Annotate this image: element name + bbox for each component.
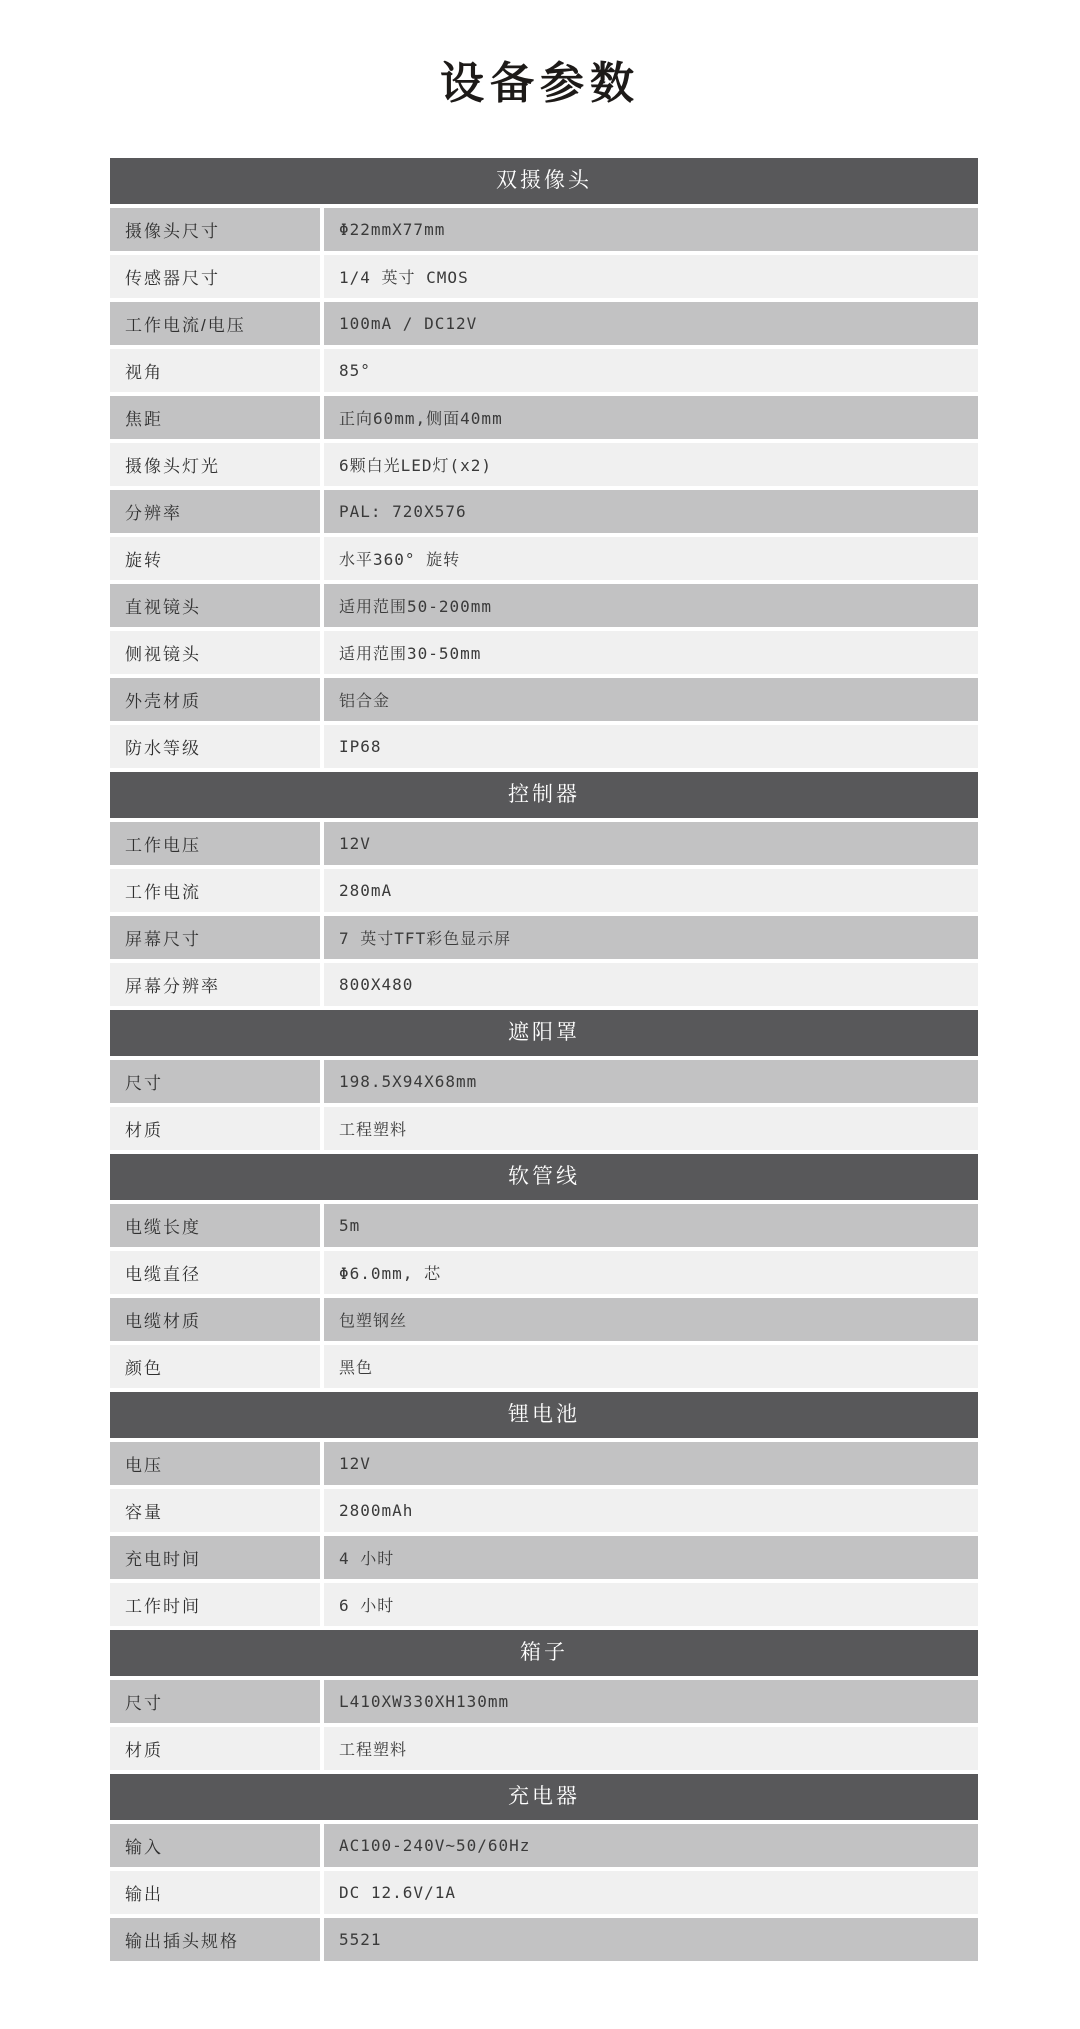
spec-row: 尺寸198.5X94X68mm	[110, 1060, 978, 1103]
spec-label: 材质	[110, 1107, 320, 1150]
section-header: 箱子	[110, 1630, 978, 1676]
spec-label: 摄像头灯光	[110, 443, 320, 486]
spec-row: 工作时间6 小时	[110, 1583, 978, 1626]
spec-value: 工程塑料	[324, 1107, 978, 1150]
spec-row: 屏幕尺寸7 英寸TFT彩色显示屏	[110, 916, 978, 959]
spec-label: 侧视镜头	[110, 631, 320, 674]
spec-label: 分辨率	[110, 490, 320, 533]
spec-value: 100mA / DC12V	[324, 302, 978, 345]
spec-value: AC100-240V~50/60Hz	[324, 1824, 978, 1867]
spec-row: 颜色黑色	[110, 1345, 978, 1388]
spec-label: 电缆直径	[110, 1251, 320, 1294]
section-header: 遮阳罩	[110, 1010, 978, 1056]
spec-value: 正向60mm,侧面40mm	[324, 396, 978, 439]
spec-value: 6颗白光LED灯(x2)	[324, 443, 978, 486]
spec-label: 防水等级	[110, 725, 320, 768]
spec-row: 外壳材质铝合金	[110, 678, 978, 721]
spec-row: 摄像头尺寸Φ22mmX77mm	[110, 208, 978, 251]
spec-value: 800X480	[324, 963, 978, 1006]
spec-label: 输出插头规格	[110, 1918, 320, 1961]
spec-row: 侧视镜头适用范围30-50mm	[110, 631, 978, 674]
spec-row: 尺寸L410XW330XH130mm	[110, 1680, 978, 1723]
spec-row: 视角85°	[110, 349, 978, 392]
spec-label: 尺寸	[110, 1680, 320, 1723]
spec-label: 材质	[110, 1727, 320, 1770]
spec-value: 工程塑料	[324, 1727, 978, 1770]
spec-value: 铝合金	[324, 678, 978, 721]
spec-label: 直视镜头	[110, 584, 320, 627]
spec-row: 摄像头灯光6颗白光LED灯(x2)	[110, 443, 978, 486]
spec-label: 摄像头尺寸	[110, 208, 320, 251]
spec-row: 电缆直径Φ6.0mm, 芯	[110, 1251, 978, 1294]
spec-row: 材质工程塑料	[110, 1727, 978, 1770]
spec-value: 85°	[324, 349, 978, 392]
spec-row: 工作电流280mA	[110, 869, 978, 912]
spec-row: 输出插头规格5521	[110, 1918, 978, 1961]
spec-row: 容量2800mAh	[110, 1489, 978, 1532]
spec-table: 双摄像头摄像头尺寸Φ22mmX77mm传感器尺寸1/4 英寸 CMOS工作电流/…	[110, 158, 978, 1961]
spec-value: DC 12.6V/1A	[324, 1871, 978, 1914]
spec-value: 1/4 英寸 CMOS	[324, 255, 978, 298]
spec-row: 屏幕分辨率800X480	[110, 963, 978, 1006]
spec-label: 工作时间	[110, 1583, 320, 1626]
spec-value: 包塑钢丝	[324, 1298, 978, 1341]
page-title: 设备参数	[440, 47, 640, 111]
spec-value: 水平360° 旋转	[324, 537, 978, 580]
spec-label: 屏幕尺寸	[110, 916, 320, 959]
spec-label: 视角	[110, 349, 320, 392]
spec-value: 5m	[324, 1204, 978, 1247]
spec-value: 6 小时	[324, 1583, 978, 1626]
spec-label: 焦距	[110, 396, 320, 439]
spec-value: Φ22mmX77mm	[324, 208, 978, 251]
spec-label: 输入	[110, 1824, 320, 1867]
spec-value: PAL: 720X576	[324, 490, 978, 533]
spec-row: 分辨率PAL: 720X576	[110, 490, 978, 533]
spec-label: 容量	[110, 1489, 320, 1532]
spec-value: 适用范围50-200mm	[324, 584, 978, 627]
spec-label: 电缆材质	[110, 1298, 320, 1341]
spec-label: 传感器尺寸	[110, 255, 320, 298]
spec-label: 颜色	[110, 1345, 320, 1388]
spec-label: 工作电压	[110, 822, 320, 865]
spec-label: 输出	[110, 1871, 320, 1914]
spec-row: 工作电压12V	[110, 822, 978, 865]
spec-label: 电压	[110, 1442, 320, 1485]
spec-row: 电压12V	[110, 1442, 978, 1485]
section-header: 双摄像头	[110, 158, 978, 204]
spec-label: 屏幕分辨率	[110, 963, 320, 1006]
section-header: 锂电池	[110, 1392, 978, 1438]
spec-value: 12V	[324, 1442, 978, 1485]
spec-value: 2800mAh	[324, 1489, 978, 1532]
spec-label: 工作电流/电压	[110, 302, 320, 345]
spec-row: 充电时间4 小时	[110, 1536, 978, 1579]
spec-value: Φ6.0mm, 芯	[324, 1251, 978, 1294]
spec-row: 材质工程塑料	[110, 1107, 978, 1150]
spec-row: 电缆材质包塑钢丝	[110, 1298, 978, 1341]
spec-value: 198.5X94X68mm	[324, 1060, 978, 1103]
spec-label: 外壳材质	[110, 678, 320, 721]
spec-label: 充电时间	[110, 1536, 320, 1579]
spec-value: 黑色	[324, 1345, 978, 1388]
title-area: 设备参数	[0, 0, 1080, 158]
section-header: 充电器	[110, 1774, 978, 1820]
section-header: 控制器	[110, 772, 978, 818]
spec-row: 电缆长度5m	[110, 1204, 978, 1247]
spec-value: 7 英寸TFT彩色显示屏	[324, 916, 978, 959]
spec-label: 旋转	[110, 537, 320, 580]
spec-row: 旋转水平360° 旋转	[110, 537, 978, 580]
spec-label: 电缆长度	[110, 1204, 320, 1247]
spec-value: 12V	[324, 822, 978, 865]
spec-row: 输入AC100-240V~50/60Hz	[110, 1824, 978, 1867]
spec-row: 输出DC 12.6V/1A	[110, 1871, 978, 1914]
spec-row: 传感器尺寸1/4 英寸 CMOS	[110, 255, 978, 298]
spec-label: 尺寸	[110, 1060, 320, 1103]
spec-value: L410XW330XH130mm	[324, 1680, 978, 1723]
spec-value: 适用范围30-50mm	[324, 631, 978, 674]
spec-row: 防水等级IP68	[110, 725, 978, 768]
spec-row: 工作电流/电压100mA / DC12V	[110, 302, 978, 345]
spec-label: 工作电流	[110, 869, 320, 912]
spec-value: 5521	[324, 1918, 978, 1961]
section-header: 软管线	[110, 1154, 978, 1200]
spec-value: 280mA	[324, 869, 978, 912]
spec-value: 4 小时	[324, 1536, 978, 1579]
spec-row: 焦距正向60mm,侧面40mm	[110, 396, 978, 439]
spec-value: IP68	[324, 725, 978, 768]
spec-row: 直视镜头适用范围50-200mm	[110, 584, 978, 627]
